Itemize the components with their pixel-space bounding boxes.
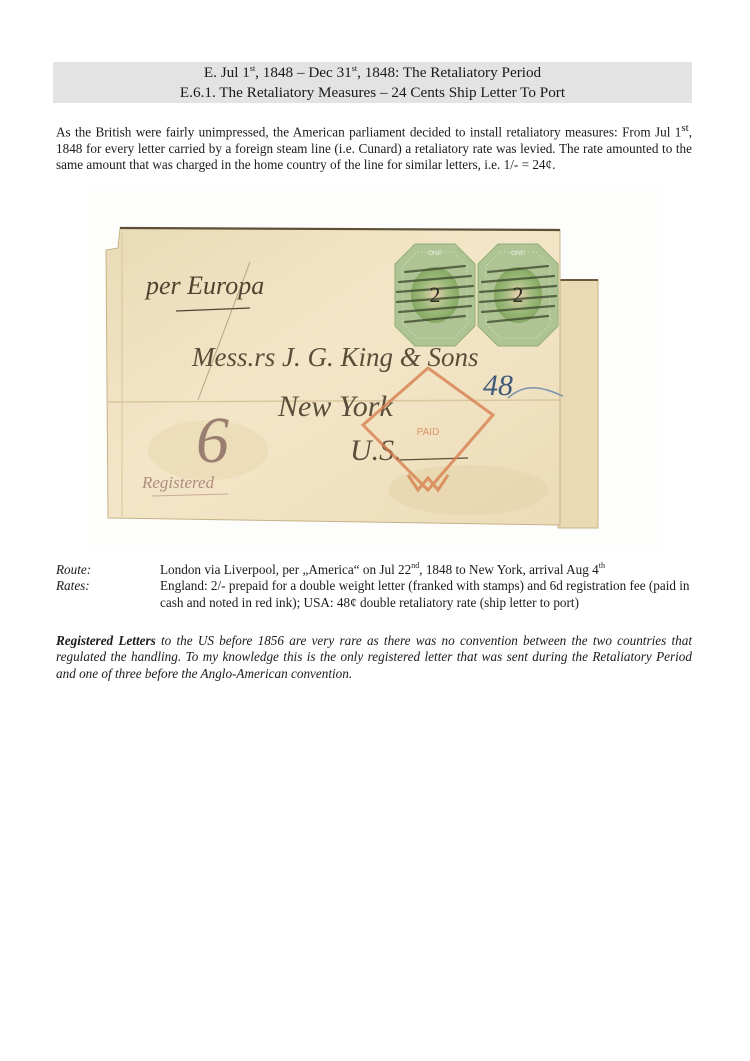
- subsection-title: E.6.1. The Retaliatory Measures – 24 Cen…: [53, 83, 692, 103]
- route-label: Route:: [56, 562, 160, 578]
- rates-label: Rates:: [56, 578, 160, 611]
- rates-value: England: 2/- prepaid for a double weight…: [160, 578, 696, 611]
- route-row: Route: London via Liverpool, per „Americ…: [56, 562, 696, 578]
- addressee-line-1: Mess.rs J. G. King & Sons: [191, 342, 479, 372]
- rates-row: Rates: England: 2/- prepaid for a double…: [56, 578, 696, 611]
- charge-mark: 6: [196, 404, 229, 477]
- cover-photo: per Europa ONE 2 ONE: [88, 190, 663, 546]
- rarity-note: Registered Letters to the US before 1856…: [56, 633, 692, 682]
- addressee-line-2: New York: [277, 390, 393, 423]
- svg-text:ONE: ONE: [428, 250, 443, 257]
- routing-annotation: per Europa: [144, 271, 264, 300]
- svg-text:ONE: ONE: [511, 250, 526, 257]
- svg-text:PAID: PAID: [417, 427, 440, 438]
- stamp-left: ONE 2: [395, 244, 475, 346]
- section-title: E. Jul 1st, 1848 – Dec 31st, 1848: The R…: [53, 63, 692, 83]
- route-value: London via Liverpool, per „America“ on J…: [160, 562, 696, 578]
- registered-annotation: Registered: [141, 473, 215, 492]
- svg-text:2: 2: [430, 282, 441, 307]
- intro-paragraph: As the British were fairly unimpressed, …: [56, 120, 692, 173]
- envelope-back-fold: [558, 280, 598, 528]
- note-emphasis: Registered Letters: [56, 633, 156, 648]
- cover-details: Route: London via Liverpool, per „Americ…: [56, 562, 696, 611]
- section-title-band: E. Jul 1st, 1848 – Dec 31st, 1848: The R…: [53, 62, 692, 103]
- svg-text:2: 2: [513, 282, 524, 307]
- stamp-right: ONE 2: [478, 244, 558, 346]
